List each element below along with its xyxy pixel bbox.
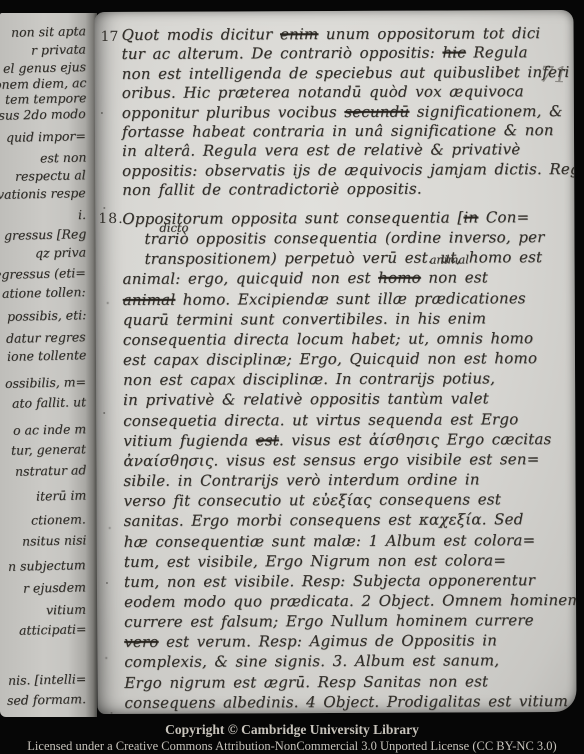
- margin-note: ossibilis, m=: [5, 374, 86, 391]
- manuscript-page: 71 17 Quot modis dicitur enim unum oppos…: [94, 10, 576, 714]
- margin-note: o ac inde m: [13, 421, 87, 438]
- manuscript-text-line: in privativè & relativè oppositis tantùm…: [123, 388, 576, 410]
- manuscript-text-line: verso fit consecutio ut εὐεξίας conseque…: [124, 489, 577, 511]
- paragraph-17: 17 Quot modis dicitur enim unum opposito…: [122, 24, 577, 201]
- manuscript-text-line: in alterâ. Regula vera est de relativè &…: [122, 140, 576, 161]
- margin-note: ato fallit. ut: [12, 394, 86, 411]
- manuscript-text-line: animal: ergo, quicquid non est homo non …: [123, 267, 577, 289]
- margin-note: qz priva: [35, 244, 86, 260]
- manuscript-text-line: animal homo. Excipiendæ sunt illæ prædic…: [123, 288, 577, 310]
- paragraph-18: 18. Oppositorum opposita sunt consequent…: [122, 207, 576, 713]
- manuscript-text-line: consequens albedinis. 4 Object. Prodigal…: [124, 691, 576, 713]
- margin-note: non sit apta: [11, 23, 86, 40]
- paragraph-17-lines: Quot modis dicitur enim unum oppositorum…: [122, 24, 577, 201]
- margin-note: ensus 2do modo: [0, 106, 86, 123]
- manuscript-text-line: non fallit de contradictoriè oppositis.: [122, 179, 576, 200]
- margin-note: nstratur ad: [14, 462, 86, 478]
- manuscript-text-line: complexis, & sine signis. 3. Album est s…: [124, 650, 576, 672]
- interlinear-insertion-dicto: dicto: [159, 221, 188, 235]
- manuscript-text-line: consequentia directa locum habet; ut, om…: [123, 328, 577, 350]
- license-line: Licensed under a Creative Commons Attrib…: [0, 738, 584, 754]
- manuscript-text-line: Quot modis dicitur enim unum oppositorum…: [122, 24, 577, 45]
- manuscript-text-line: oppositis: observatis ijs de æquivocis j…: [122, 160, 576, 181]
- manuscript-text-line: tum, non est visibile. Resp: Subjecta op…: [124, 570, 577, 592]
- margin-note: r ejusdem: [23, 579, 86, 595]
- margin-note: tem tempore: [4, 90, 86, 107]
- manuscript-photo: non sit aptar privatael genus ejusonem d…: [0, 0, 584, 754]
- margin-note: ione tollente: [6, 347, 86, 364]
- manuscript-text-line: vitium fugienda est. visus est ἀίσθησις …: [123, 429, 576, 451]
- margin-note: vitium: [46, 602, 86, 618]
- manuscript-text-line: eodem modo quo prædicata. 2 Object. Omne…: [124, 590, 577, 612]
- manuscript-text-line: ἀναίσθησις. visus est sensus ergo visibi…: [123, 449, 576, 471]
- manuscript-text-line: Ergo nigrum est ægrū. Resp Sanitas non e…: [124, 671, 576, 693]
- manuscript-text-line: Oppositorum opposita sunt consequentia […: [122, 207, 576, 229]
- paragraph-17-number: 17: [101, 29, 119, 45]
- manuscript-text-line: currere est falsum; Ergo Nullum hominem …: [124, 610, 576, 632]
- margin-note: possibis, eti:: [6, 307, 86, 324]
- margin-note: est non: [39, 150, 86, 166]
- paragraph-18-lines: Oppositorum opposita sunt consequentia […: [122, 207, 576, 713]
- manuscript-text-line: vero est verum. Resp: Agimus de Oppositi…: [124, 630, 576, 652]
- copyright-line: Copyright © Cambridge University Library: [0, 721, 584, 738]
- margin-note: tur, generat: [11, 441, 86, 458]
- margin-note: gressus [Reg: [4, 226, 87, 243]
- margin-note: ctionem.: [31, 511, 86, 527]
- margin-note: atticipati=: [18, 621, 86, 637]
- margin-note: respectu al: [15, 167, 86, 183]
- margin-note: datur regres: [6, 329, 86, 346]
- margin-note: iterū im: [36, 487, 87, 503]
- paper-specks: [101, 112, 103, 114]
- manuscript-text-line: tum, est visibile, Ergo Nigrum non est c…: [124, 550, 577, 572]
- image-credit: Copyright © Cambridge University Library…: [0, 721, 584, 754]
- margin-note: atione tollen:: [2, 284, 86, 301]
- manuscript-text-line: sibile. in Contrarijs verò interdum ordi…: [123, 469, 576, 491]
- margin-note: sed formam.: [7, 691, 86, 708]
- margin-note: r privata: [31, 41, 86, 57]
- margin-notes-column: non sit aptar privatael genus ejusonem d…: [0, 0, 91, 754]
- manuscript-text-line: tur ac alterum. De contrariò oppositis: …: [122, 43, 577, 64]
- manuscript-text-line: est capax disciplinæ; Ergo, Quicquid non…: [123, 348, 577, 370]
- manuscript-text-line: transpositionem) perpetuò verū est. ut, …: [145, 247, 577, 269]
- manuscript-text-line: sanitas. Ergo morbi consequens est καχεξ…: [124, 509, 577, 531]
- manuscript-text-line: opponitur pluribus vocibus secundū signi…: [122, 102, 577, 123]
- margin-note: egressus (eti=: [0, 265, 86, 282]
- margin-note: vationis respe: [0, 185, 86, 202]
- manuscript-text-line: oribus. Hic præterea notandū quòd vox æq…: [122, 82, 577, 103]
- margin-note: el genus ejus: [3, 59, 86, 76]
- manuscript-text-line: hæ consequentiæ sunt malæ: 1 Album est c…: [124, 529, 577, 551]
- interlinear-insertion-animal: animal: [430, 252, 469, 266]
- margin-note: i.: [78, 207, 86, 222]
- manuscript-text-line: trariò oppositis consequentia (ordine in…: [144, 227, 576, 249]
- manuscript-text-line: quarū termini sunt convertibiles. in his…: [123, 308, 577, 330]
- margin-note: n subjectum: [8, 557, 86, 574]
- manuscript-text-line: fortasse habeat contraria in unâ signifi…: [122, 121, 577, 142]
- paragraph-18-number: 18.: [98, 211, 123, 227]
- margin-note: nis. [intelli=: [8, 671, 87, 688]
- manuscript-text-line: consequetia directa. ut virtus sequenda …: [123, 408, 576, 430]
- manuscript-text-line: non est capax disciplinæ. In contrarijs …: [123, 368, 576, 390]
- margin-note: nsitus nisi: [21, 532, 86, 548]
- margin-note: quid impor=: [6, 128, 86, 145]
- manuscript-text-line: non est intelligenda de speciebus aut qu…: [122, 63, 577, 84]
